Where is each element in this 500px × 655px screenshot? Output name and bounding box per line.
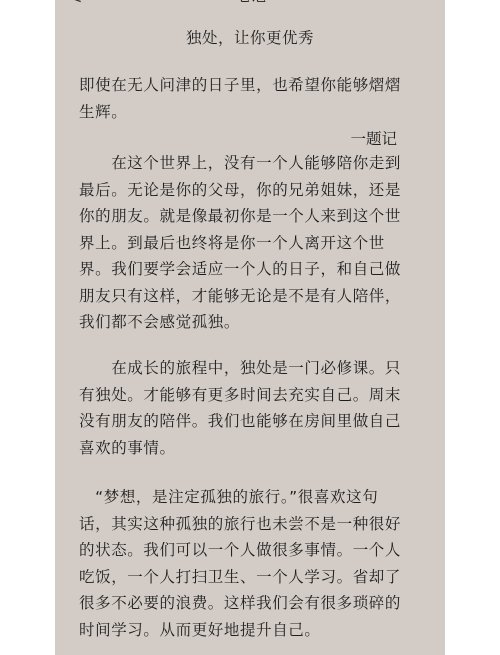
nav-title: 笔记 [55,0,445,4]
article-title: 独处，让你更优秀 [55,26,445,48]
epigraph-signature: 一题记 [55,127,397,149]
note-panel: < 笔记 独处，让你更优秀 即使在无人问津的日子里，也希望你能够熠熠 生辉。 一… [55,0,445,655]
top-navigation-bar: < 笔记 [55,0,445,10]
paragraph-3: “梦想，是注定孤独的旅行。”很喜欢这句 话，其实这种孤独的旅行也未尝不是一种很好… [79,484,427,643]
paragraph-1: 在这个世界上，没有一个人能够陪你走到 最后。无论是你的父母，你的兄弟姐妹，还是 … [79,150,427,336]
paragraph-2: 在成长的旅程中，独处是一门必修课。只 有独处。才能够有更多时间去充实自己。周末 … [79,355,427,461]
epigraph: 即使在无人问津的日子里，也希望你能够熠熠 生辉。 [79,72,427,125]
